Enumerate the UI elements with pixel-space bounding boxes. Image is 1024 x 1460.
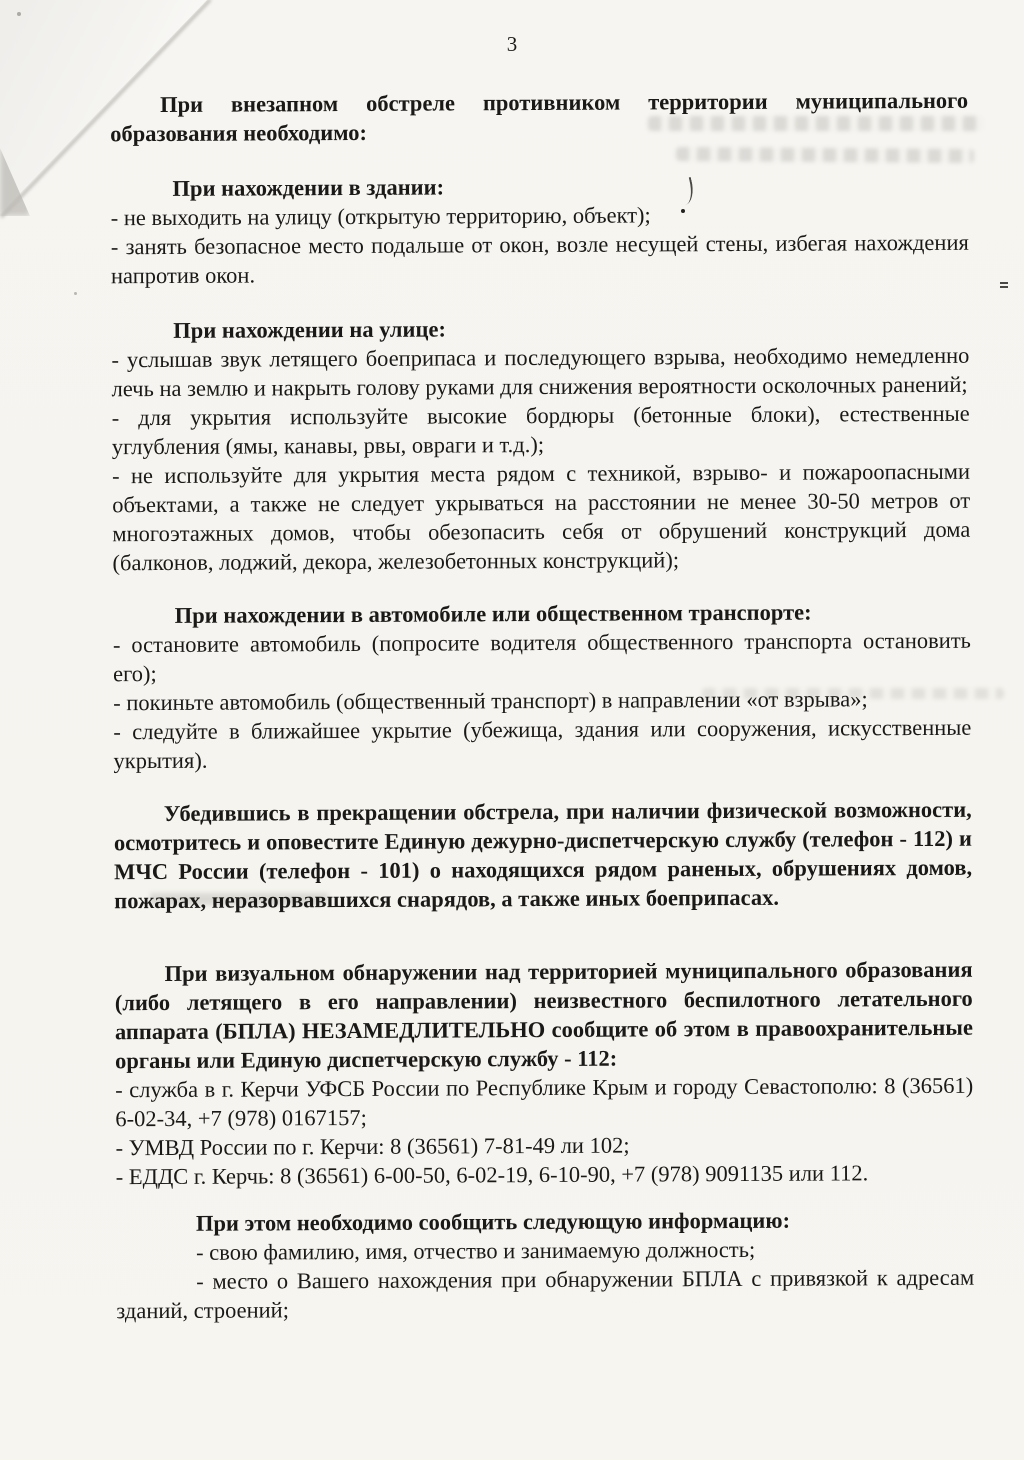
scan-mark-equals [1000,282,1008,289]
rule-street-1: - услышав звук летящего боеприпаса и пос… [111,341,969,403]
para-shelling-intro: При внезапном обстреле противником терри… [110,86,968,148]
rule-building-1: - не выходить на улицу (открытую террито… [111,199,969,232]
contact-umvd: - УМВД России по г. Керчи: 8 (36561) 7-8… [115,1129,973,1162]
heading-in-vehicle: При нахождении в автомобиле или обществе… [113,597,971,630]
scan-speck [74,292,77,295]
rule-vehicle-2: - покиньте автомобиль (общественный тран… [113,684,971,717]
scan-speck [17,12,21,16]
rule-vehicle-3: - следуйте в ближайшее укрытие (убежища,… [113,713,971,775]
rule-vehicle-1: - остановите автомобиль (попросите водит… [113,626,971,688]
report-item-identity: - свою фамилию, имя, отчество и занимаем… [116,1234,974,1267]
heading-in-building: При нахождении в здании: [110,170,968,203]
document-page: 3 При внезапном обстреле противником тер… [0,0,1024,1460]
contact-ufsb: - служба в г. Керчи УФСБ России по Респу… [115,1071,973,1133]
para-uav-detection: При визуальном обнаружении над территори… [115,955,974,1075]
heading-on-street: При нахождении на улице: [111,312,969,345]
document-body: При внезапном обстреле противником терри… [110,86,974,1325]
rule-building-2: - занять безопасное место подальше от ок… [111,228,969,290]
rule-street-3: - не используйте для укрытия места рядом… [112,457,971,577]
para-after-shelling: Убедившись в прекращении обстрела, при н… [114,795,973,915]
page-number: 3 [0,32,1024,57]
contact-edds: - ЕДДС г. Керчь: 8 (36561) 6-00-50, 6-02… [116,1158,974,1191]
report-item-location: - место о Вашего нахождения при обнаруже… [116,1263,974,1325]
rule-street-2: - для укрытия используйте высокие бордюр… [112,399,970,461]
heading-report-info: При этом необходимо сообщить следующую и… [116,1205,974,1238]
